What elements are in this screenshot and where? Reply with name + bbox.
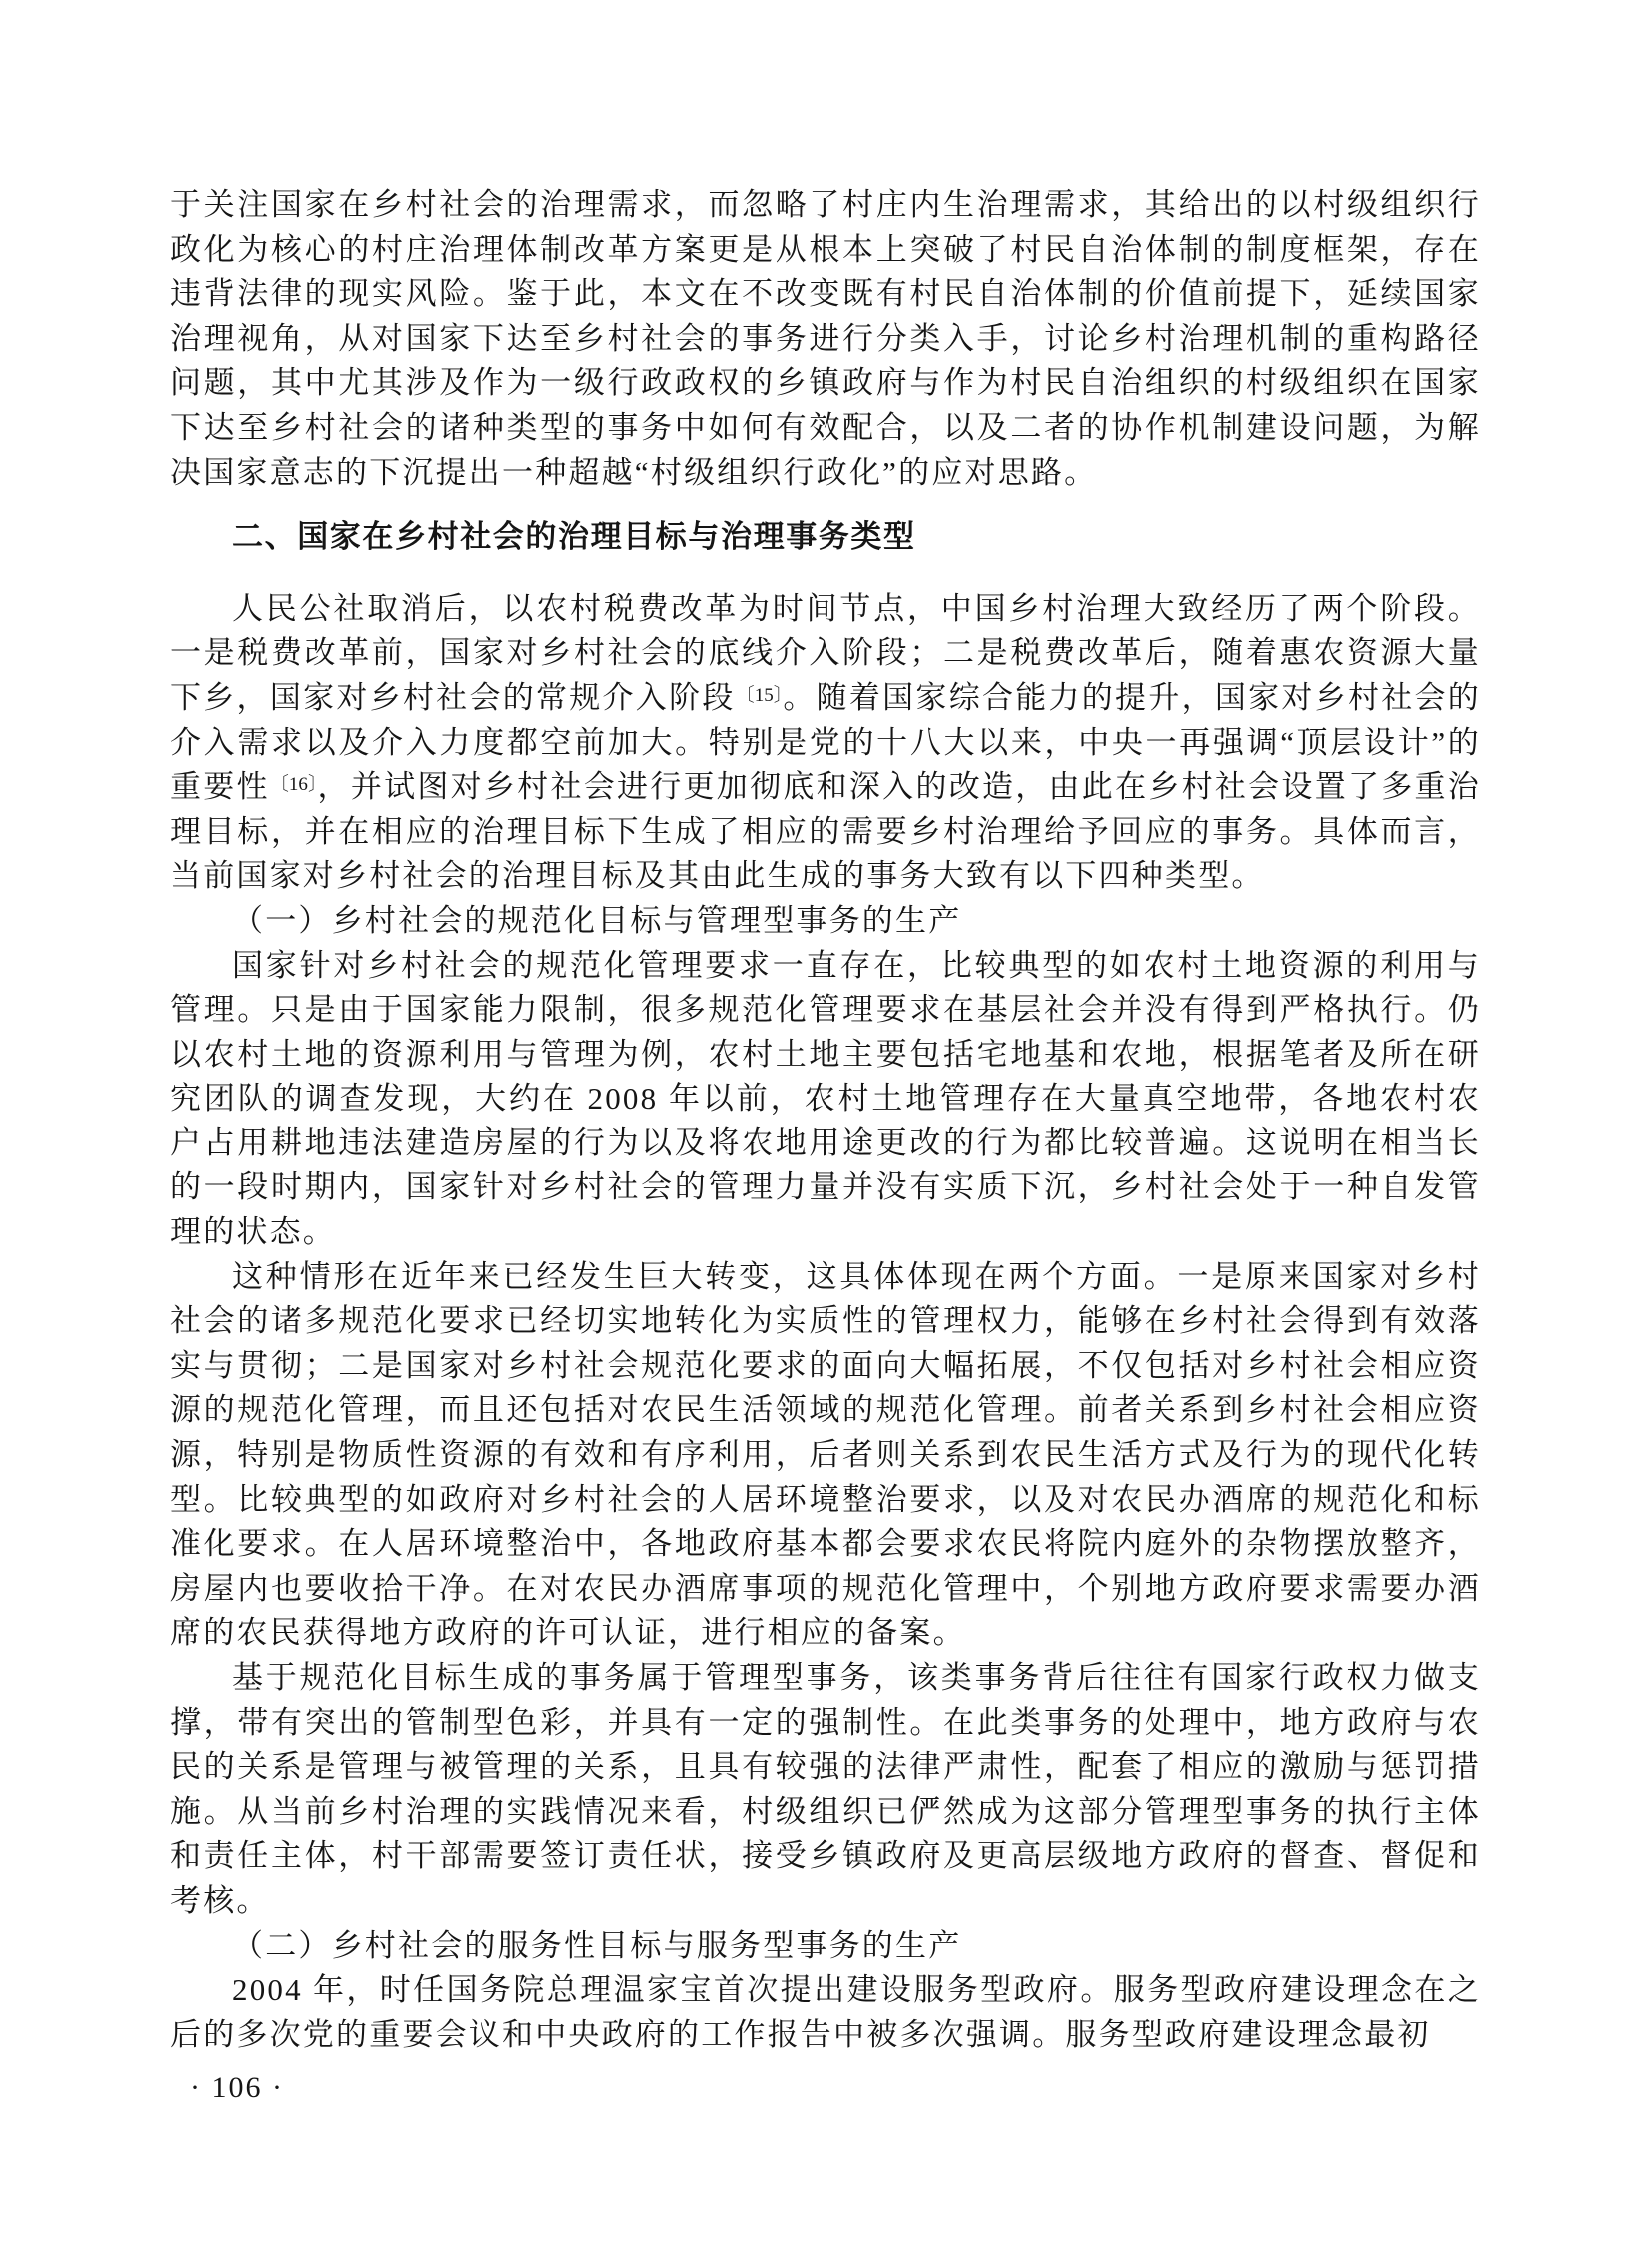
paragraph: 国家针对乡村社会的规范化管理要求一直存在，比较典型的如农村土地资源的利用与管理。… (170, 944, 1481, 1255)
sub-heading: （一）乡村社会的规范化目标与管理型事务的生产 (170, 899, 1481, 944)
text-run: ，并试图对乡村社会进行更加彻底和深入的改造，由此在乡村社会设置了多重治理目标，并… (170, 769, 1481, 893)
paragraph: 于关注国家在乡村社会的治理需求，而忽略了村庄内生治理需求，其给出的以村级组织行政… (170, 183, 1481, 495)
document-body: 于关注国家在乡村社会的治理需求，而忽略了村庄内生治理需求，其给出的以村级组织行政… (170, 183, 1481, 2057)
text-run: 这种情形在近年来已经发生巨大转变，这具体体现在两个方面。一是原来国家对乡村社会的… (170, 1259, 1481, 1651)
text-run: 2004 年，时任国务院总理温家宝首次提出建设服务型政府。服务型政府建设理念在之… (170, 1972, 1481, 2052)
paragraph: 人民公社取消后，以农村税费改革为时间节点，中国乡村治理大致经历了两个阶段。一是税… (170, 587, 1481, 899)
text-run: 基于规范化目标生成的事务属于管理型事务，该类事务背后往往有国家行政权力做支撑，带… (170, 1660, 1481, 1918)
text-run: （一）乡村社会的规范化目标与管理型事务的生产 (232, 903, 961, 938)
paragraph: 基于规范化目标生成的事务属于管理型事务，该类事务背后往往有国家行政权力做支撑，带… (170, 1656, 1481, 1924)
footnote-ref: 〔16〕 (270, 774, 318, 795)
text-run: 二、国家在乡村社会的治理目标与治理事务类型 (232, 519, 916, 554)
text-run: 于关注国家在乡村社会的治理需求，而忽略了村庄内生治理需求，其给出的以村级组织行政… (170, 187, 1481, 490)
section-heading: 二、国家在乡村社会的治理目标与治理事务类型 (170, 515, 1481, 560)
page-number: · 106 · (190, 2071, 284, 2105)
paragraph: 2004 年，时任国务院总理温家宝首次提出建设服务型政府。服务型政府建设理念在之… (170, 1968, 1481, 2057)
text-run: 国家针对乡村社会的规范化管理要求一直存在，比较典型的如农村土地资源的利用与管理。… (170, 948, 1481, 1250)
paragraph: 这种情形在近年来已经发生巨大转变，这具体体现在两个方面。一是原来国家对乡村社会的… (170, 1255, 1481, 1656)
sub-heading: （二）乡村社会的服务性目标与服务型事务的生产 (170, 1924, 1481, 1969)
footnote-ref: 〔15〕 (736, 685, 784, 706)
paper-page: 于关注国家在乡村社会的治理需求，而忽略了村庄内生治理需求，其给出的以村级组织行政… (0, 0, 1652, 2243)
text-run: （二）乡村社会的服务性目标与服务型事务的生产 (232, 1928, 961, 1963)
